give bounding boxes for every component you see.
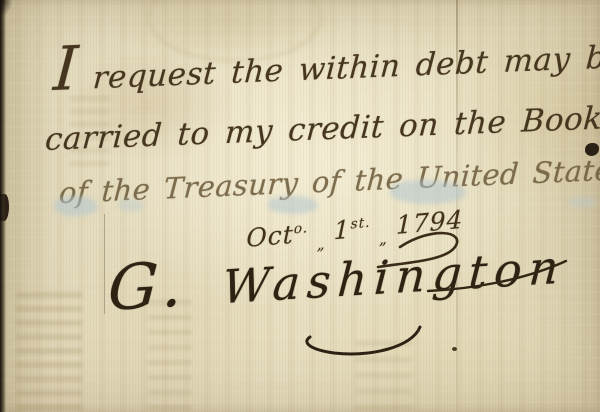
date-month-suffix: o.	[294, 220, 309, 237]
date-day-suffix: st.	[350, 215, 370, 233]
handwriting-line-3: of the Treasury of the United States_	[58, 151, 600, 210]
ink-bleedthrough	[356, 330, 412, 410]
handwriting-line-2: carried to my credit on the Books	[44, 100, 600, 158]
document-photo: I request the within debt may be carried…	[0, 0, 600, 412]
signature: G. Washington	[106, 224, 568, 325]
scan-corner-shadow	[0, 0, 12, 16]
ink-bleedthrough	[16, 292, 82, 410]
handwriting-line-1: I request the within debt may be	[52, 39, 600, 98]
scan-edge-shadow	[0, 0, 6, 412]
fold-crease-small	[104, 214, 105, 314]
erasure-smudge	[568, 196, 596, 208]
signature-underline-flourish	[307, 327, 420, 354]
